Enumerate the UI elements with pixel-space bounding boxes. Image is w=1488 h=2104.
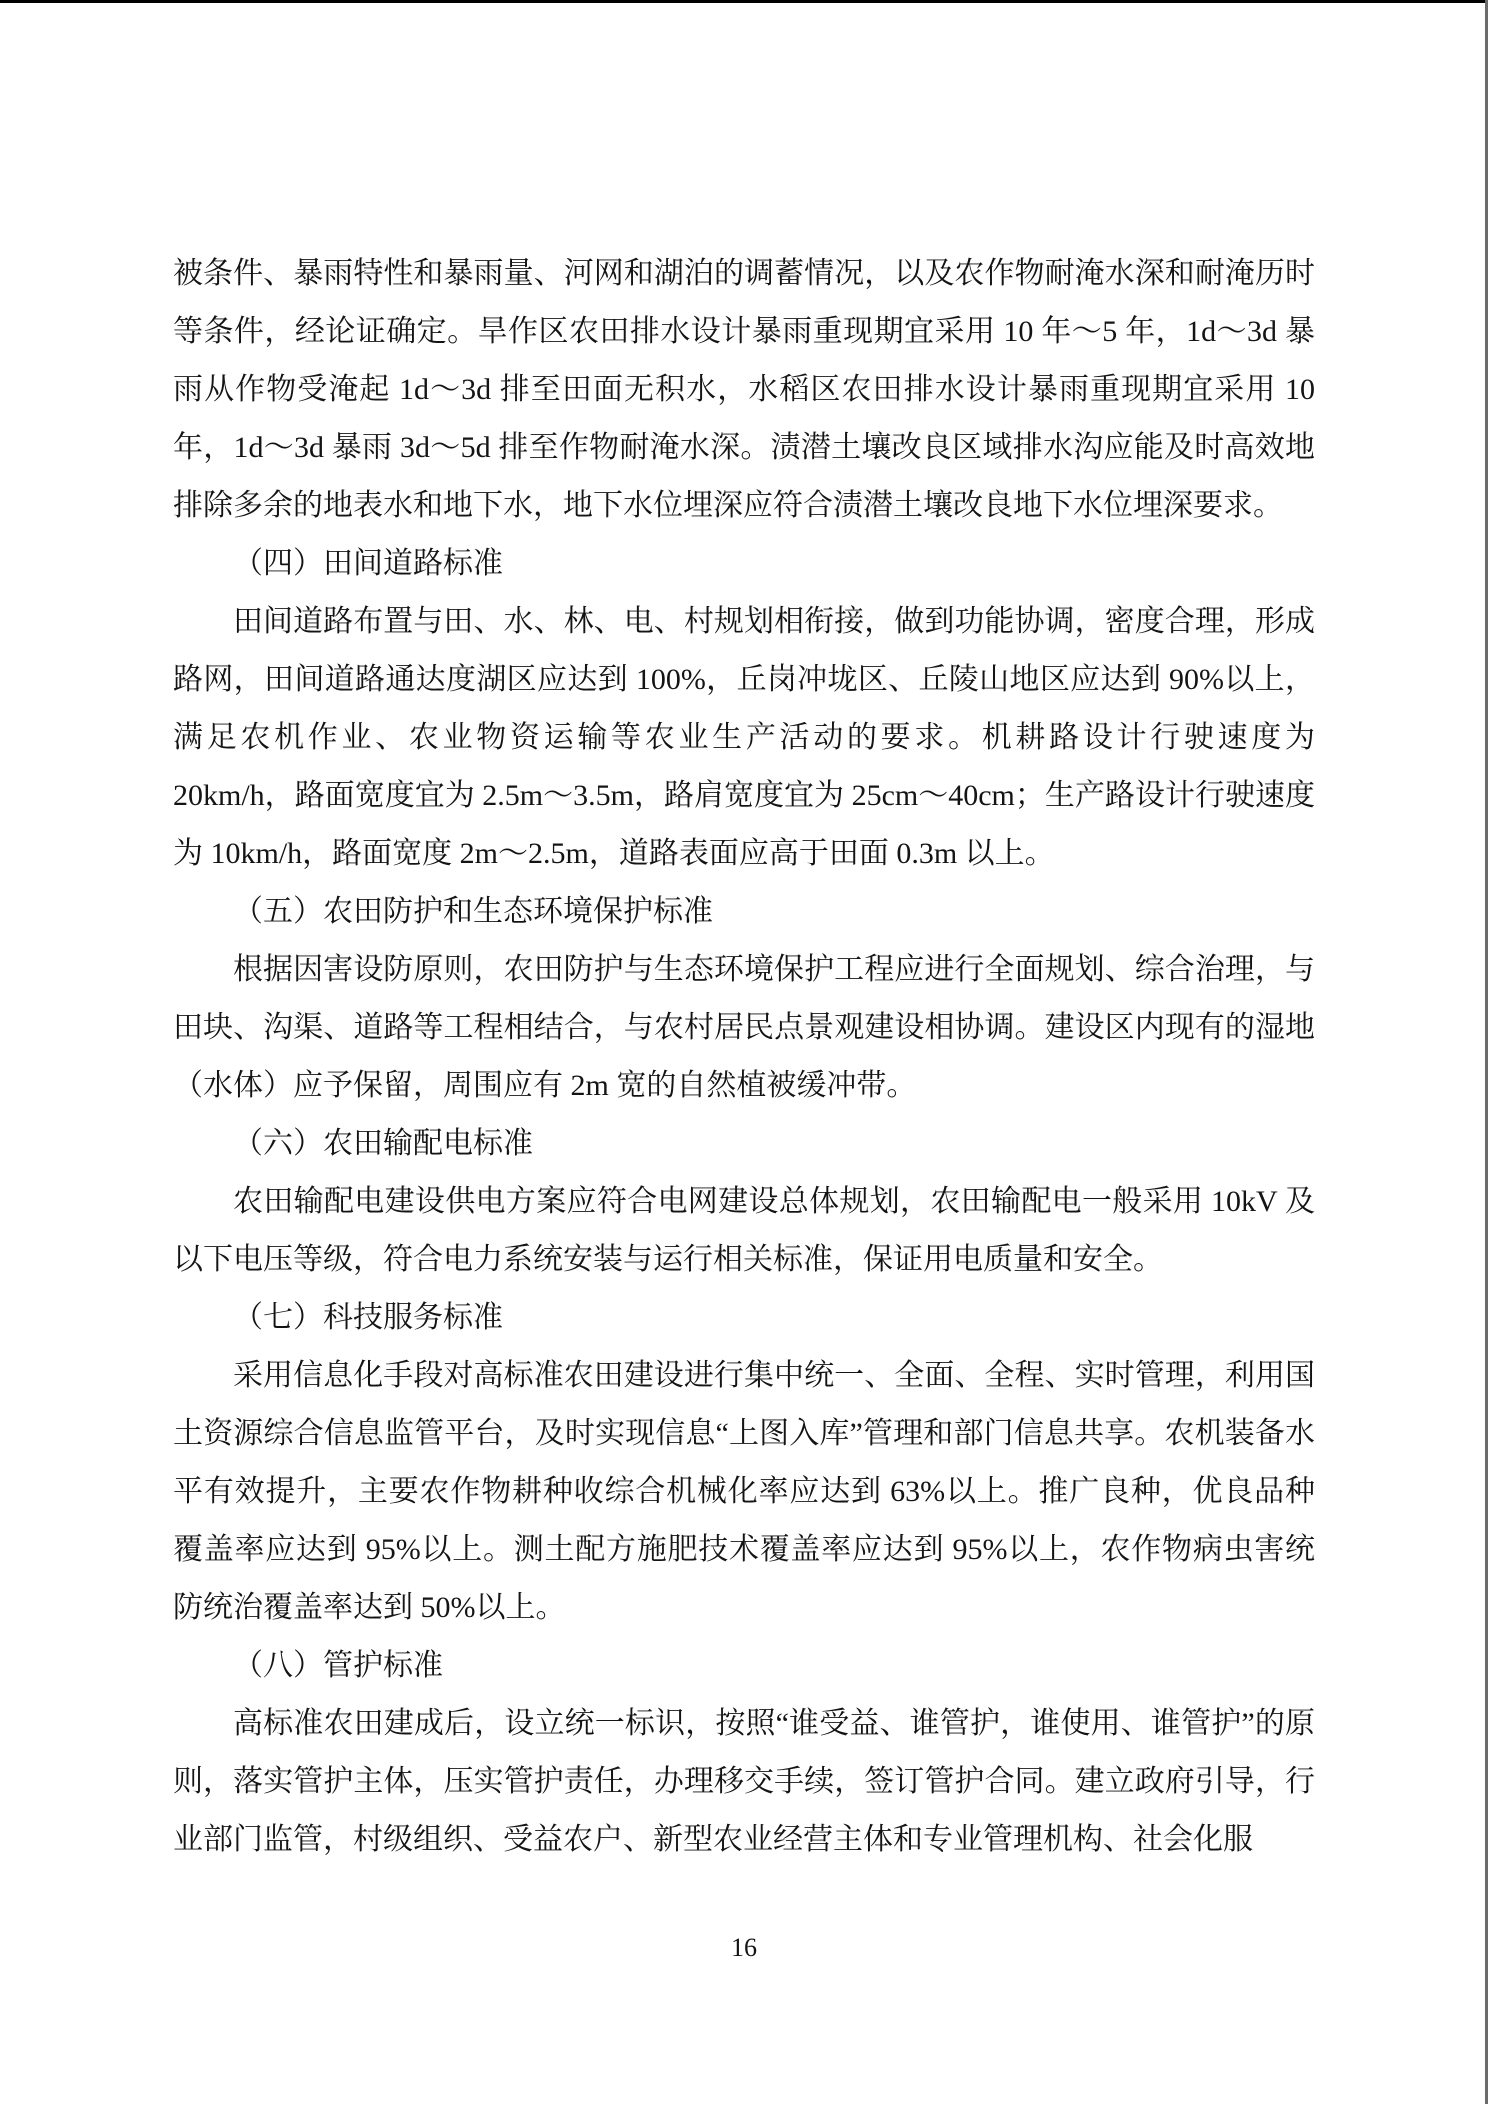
body-paragraph: 根据因害设防原则，农田防护与生态环境保护工程应进行全面规划、综合治理，与田块、沟… [173,941,1315,1115]
section-heading: （七）科技服务标准 [173,1289,1315,1347]
body-paragraph: 被条件、暴雨特性和暴雨量、河网和湖泊的调蓄情况，以及农作物耐淹水深和耐淹历时等条… [173,245,1315,535]
document-body: 被条件、暴雨特性和暴雨量、河网和湖泊的调蓄情况，以及农作物耐淹水深和耐淹历时等条… [173,245,1315,1869]
section-heading: （五）农田防护和生态环境保护标准 [173,883,1315,941]
body-paragraph: 采用信息化手段对高标准农田建设进行集中统一、全面、全程、实时管理，利用国土资源综… [173,1347,1315,1637]
section-heading: （四）田间道路标准 [173,535,1315,593]
section-heading: （八）管护标准 [173,1637,1315,1695]
page-number: 16 [0,1928,1488,1968]
top-edge-line [0,0,1488,3]
document-page: 被条件、暴雨特性和暴雨量、河网和湖泊的调蓄情况，以及农作物耐淹水深和耐淹历时等条… [0,0,1488,2104]
section-heading: （六）农田输配电标准 [173,1115,1315,1173]
body-paragraph: 田间道路布置与田、水、林、电、村规划相衔接，做到功能协调，密度合理，形成路网，田… [173,593,1315,883]
body-paragraph: 高标准农田建成后，设立统一标识，按照“谁受益、谁管护，谁使用、谁管护”的原则，落… [173,1695,1315,1869]
body-paragraph: 农田输配电建设供电方案应符合电网建设总体规划，农田输配电一般采用 10kV 及以… [173,1173,1315,1289]
